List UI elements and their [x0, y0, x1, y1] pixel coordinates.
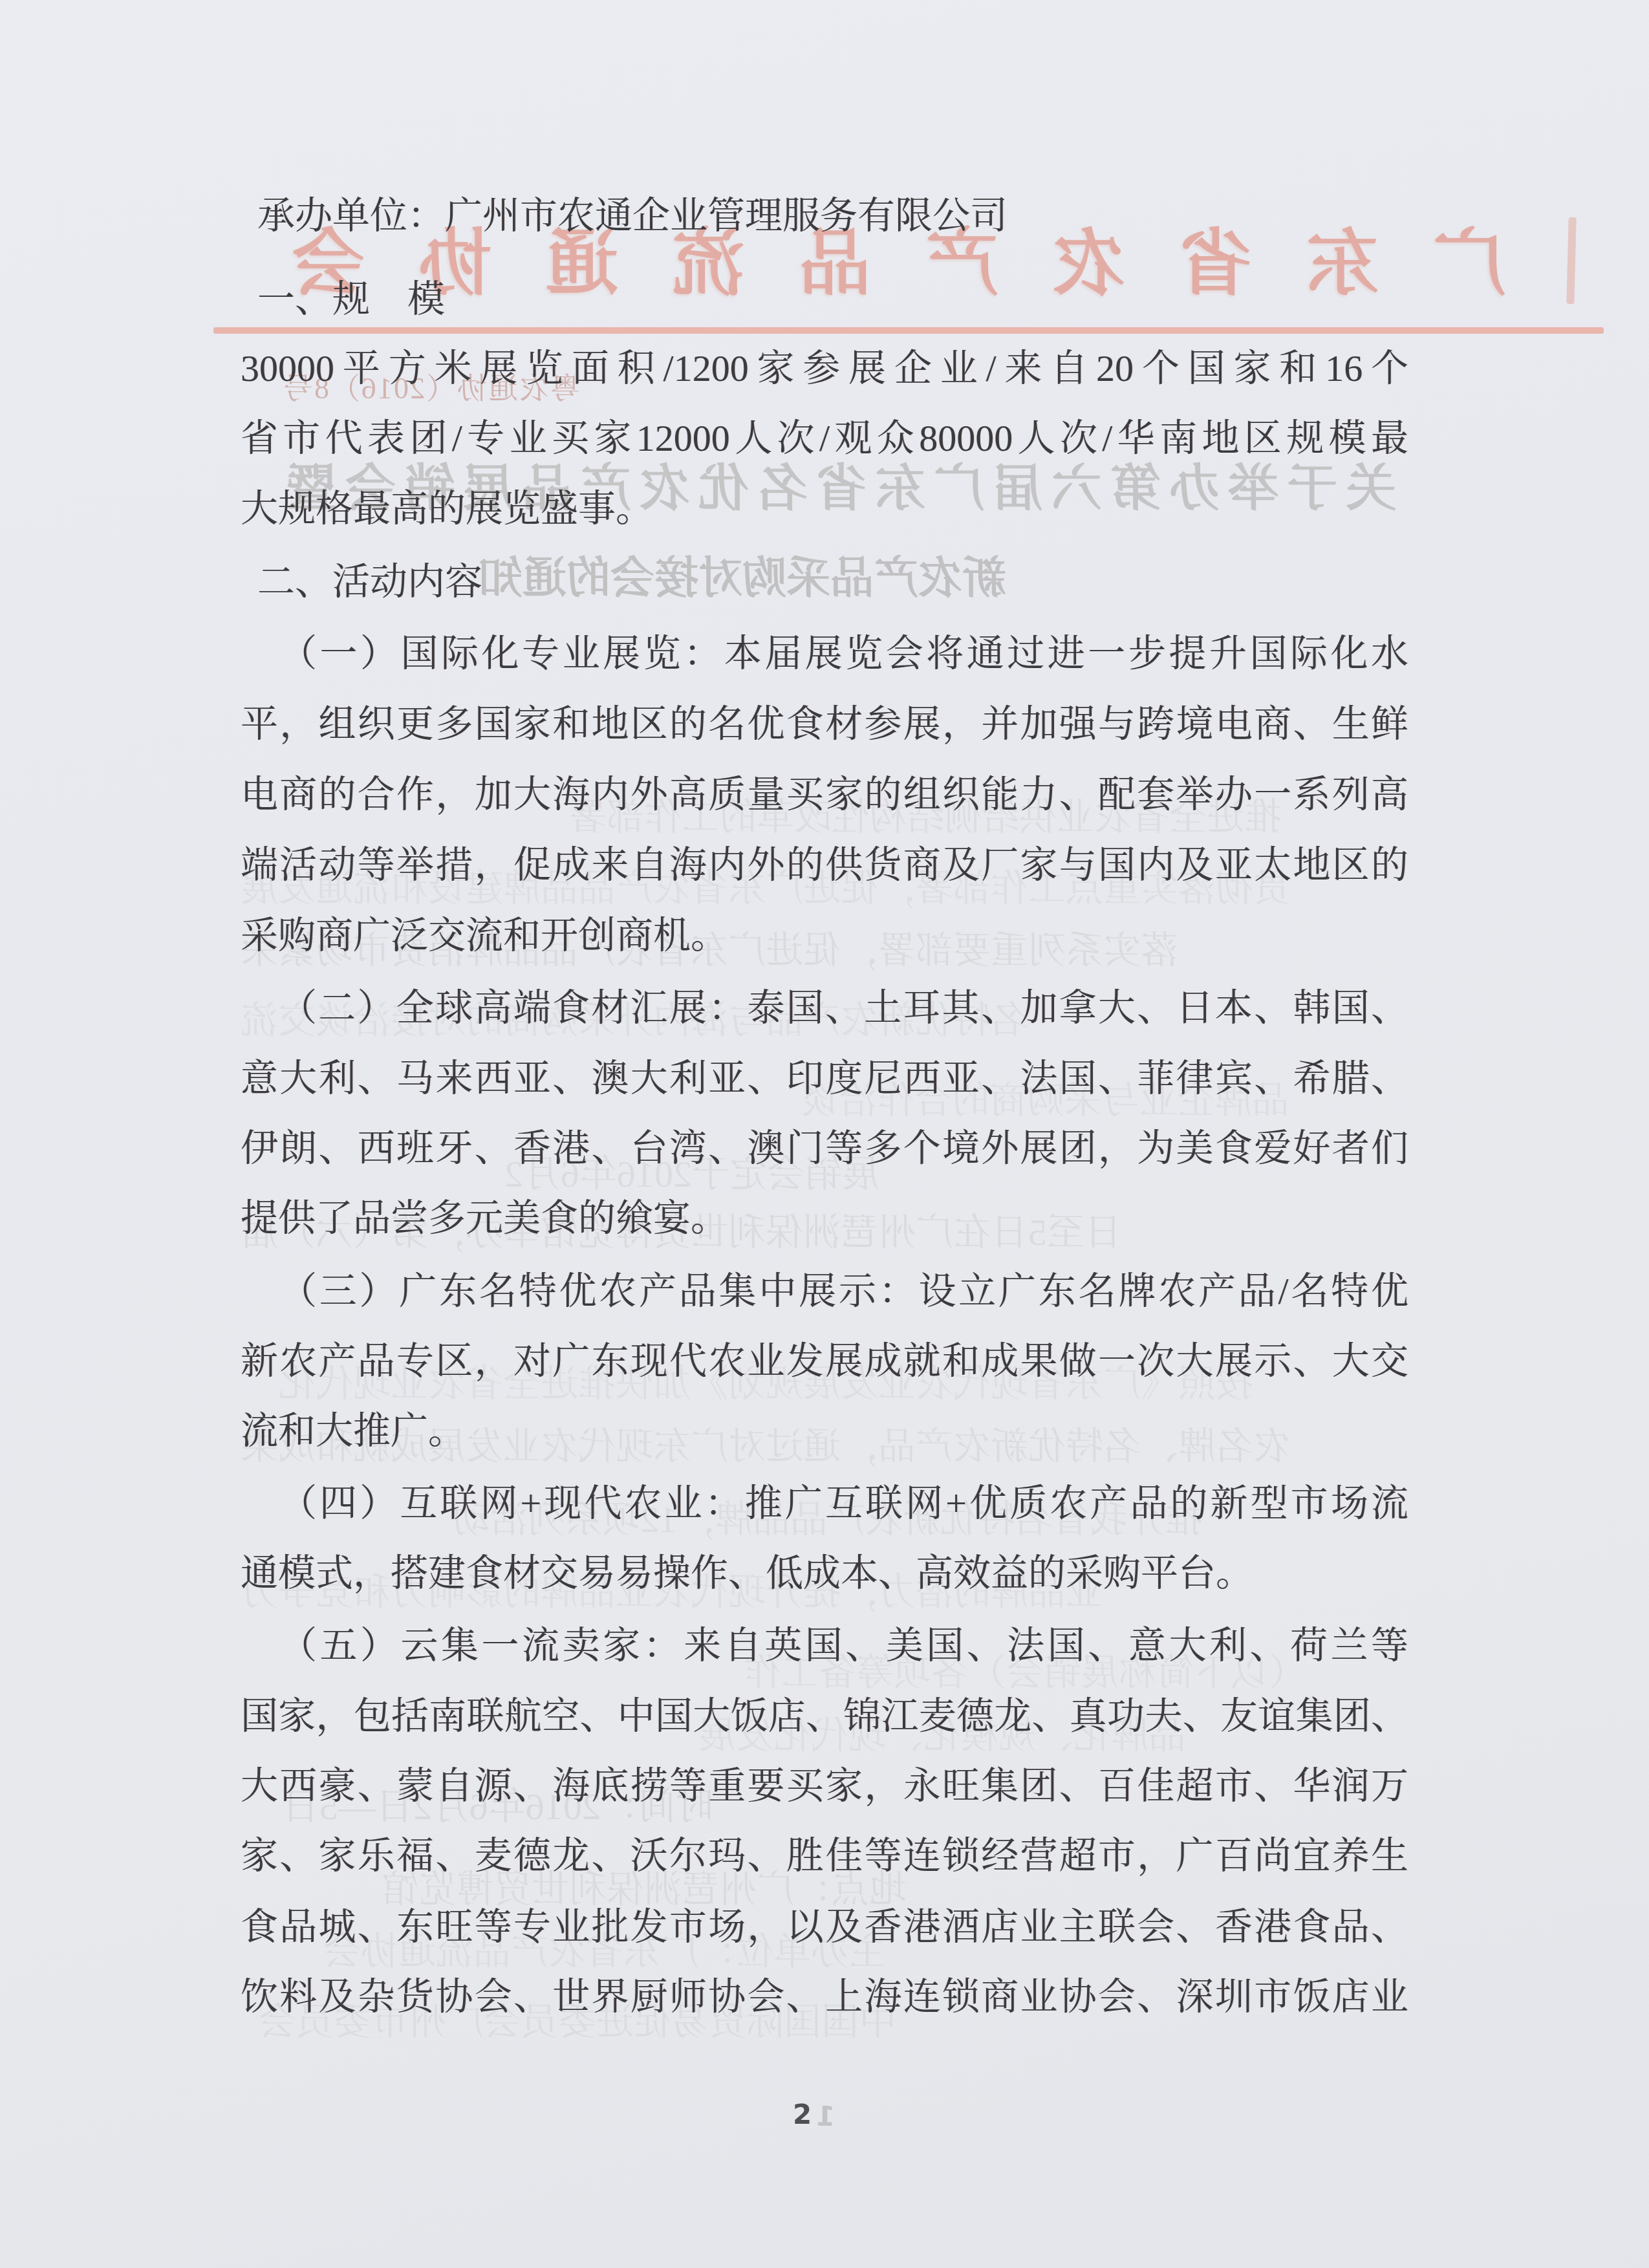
text-line: （四）互联网+现代农业：推广互联网+优质农产品的新型市场流 [241, 1481, 1408, 1526]
text-line: 国家，包括南联航空、中国大饭店、锦江麦德龙、真功夫、友谊集团、 [241, 1694, 1408, 1739]
text-line: （一）国际化专业展览：本届展览会将通过进一步提升国际化水 [241, 631, 1408, 676]
text-line: 端活动等举措，促成来自海内外的供货商及厂家与国内及亚太地区的 [241, 843, 1408, 888]
text-line: 省市代表团/专业买家12000人次/观众80000人次/华南地区规模最 [241, 416, 1408, 461]
text-line: 大西豪、蒙自源、海底捞等重要买家，永旺集团、百佳超市、华润万 [241, 1764, 1408, 1809]
text-line: 电商的合作，加大海内外高质量买家的组织能力、配套举办一系列高 [241, 772, 1408, 817]
red-divider-line [213, 327, 1604, 334]
heading-scale: 一、规 模 [241, 277, 1408, 322]
text-line: 30000平方米展览面积/1200家参展企业/来自20个国家和16个 [241, 346, 1408, 391]
text-line: 采购商广泛交流和开创商机。 [241, 913, 1408, 958]
text-line: 伊朗、西班牙、香港、台湾、澳门等多个境外展团，为美食爱好者们 [241, 1126, 1408, 1171]
heading-activities: 二、活动内容 [241, 559, 1408, 605]
text-line: 意大利、马来西亚、澳大利亚、印度尼西亚、法国、菲律宾、希腊、 [241, 1056, 1408, 1101]
text-line: 新农产品专区，对广东现代农业发展成就和成果做一次大展示、大交 [241, 1339, 1408, 1384]
scanned-document-page: 广东省农产品流通协会 粤农通协（2016）8号 关于举办第六届广东省名优农产品展… [0, 0, 1649, 2268]
text-line: 家、家乐福、麦德龙、沃尔玛、胜佳等连锁经营超市，广百尚宜养生 [241, 1833, 1408, 1879]
text-line: （二）全球高端食材汇展：泰国、土耳其、加拿大、日本、韩国、 [241, 986, 1408, 1031]
text-line: 提供了品尝多元美食的飨宴。 [241, 1196, 1408, 1241]
page-number: 2 [793, 2099, 812, 2130]
text-line: （五）云集一流卖家：来自英国、美国、法国、意大利、荷兰等 [241, 1623, 1408, 1669]
text-line: 流和大推广。 [241, 1409, 1408, 1454]
red-margin-mark [1566, 217, 1577, 304]
text-line: 食品城、东旺等专业批发市场，以及香港酒店业主联会、香港食品、 [241, 1905, 1408, 1950]
text-line: （三）广东名特优农产品集中展示：设立广东名牌农产品/名特优 [241, 1269, 1408, 1314]
text-line: 大规格最高的展览盛事。 [241, 486, 1408, 532]
text-line: 平，组织更多国家和地区的名优食材参展，并加强与跨境电商、生鲜 [241, 702, 1408, 747]
text-line: 通模式，搭建食材交易易操作、低成本、高效益的采购平台。 [241, 1551, 1408, 1596]
text-line: 饮料及杂货协会、世界厨师协会、上海连锁商业协会、深圳市饭店业 [241, 1974, 1408, 2020]
page-number-ghost: 1 [816, 2101, 835, 2132]
organizer-line: 承办单位：广州市农通企业管理服务有限公司 [241, 193, 1408, 239]
